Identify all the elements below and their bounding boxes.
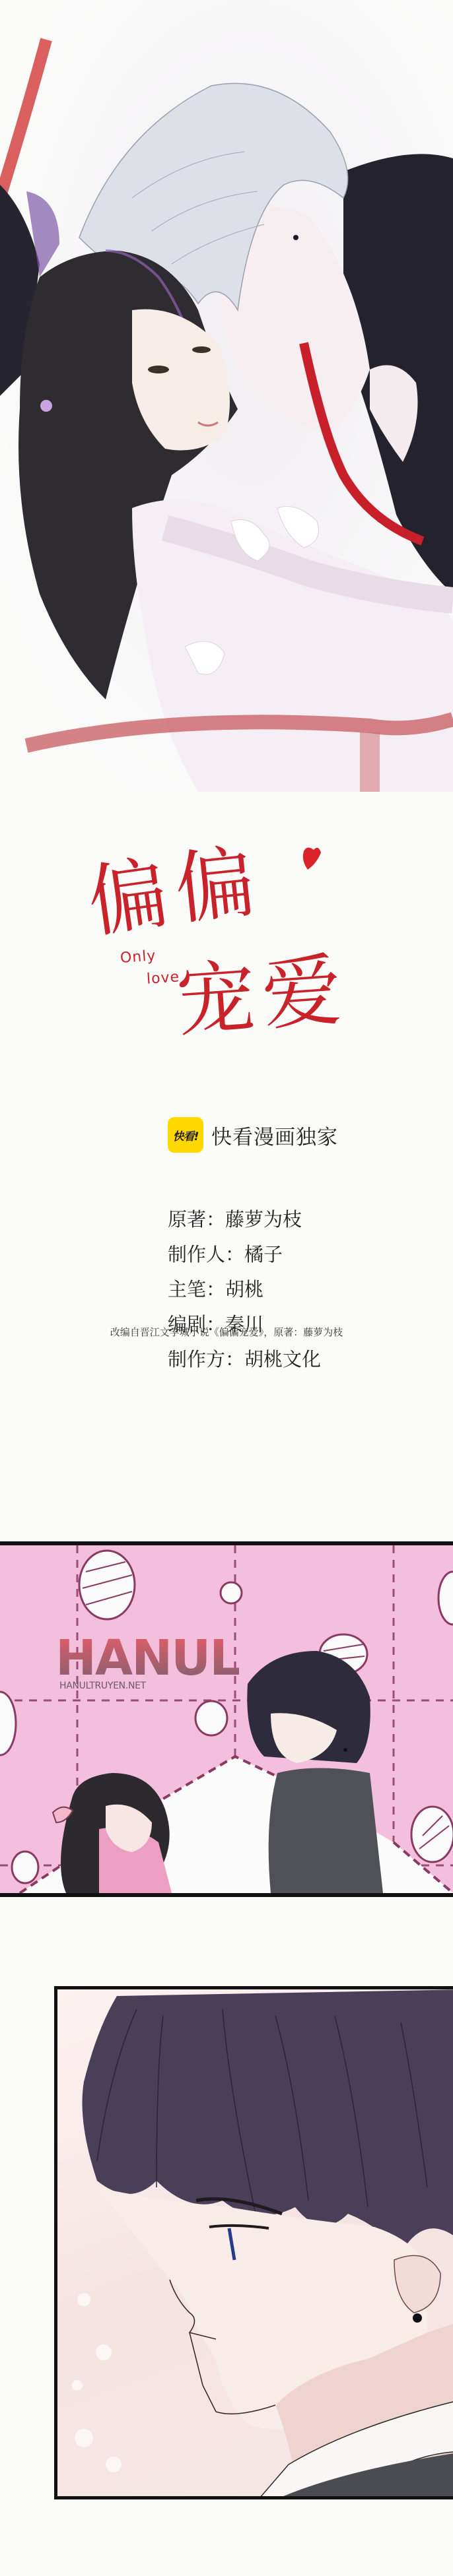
- title-char-3: 宠: [173, 951, 258, 1048]
- title-calligraphy: 偏 偏 宠 爱: [86, 831, 376, 1049]
- credits-list: 原著：藤萝为枝 制作人：橘子 主笔：胡桃 编剧：秦川 制作方：胡桃文化: [168, 1202, 321, 1377]
- publisher-header: 快看! 快看漫画独家: [168, 1115, 338, 1155]
- credit-lead-artist: 主笔：胡桃: [168, 1272, 321, 1307]
- title-logo: 偏 偏 宠 爱 Only love: [86, 831, 376, 1049]
- panel-chibi-scene: HANUL HANULTRUYEN.NET: [0, 1541, 453, 1897]
- publisher-label: 快看漫画独家: [211, 1120, 338, 1150]
- watermark-url: HANULTRUYEN.NET: [59, 1681, 146, 1691]
- tagline-only: Only: [120, 948, 157, 967]
- heart-icon: [303, 847, 321, 870]
- title-char-1: 偏: [86, 847, 174, 949]
- chibi-scene-art: [0, 1545, 453, 1893]
- watermark-logo: HANUL: [55, 1630, 239, 1687]
- tagline-love: love: [146, 969, 180, 987]
- kuaikan-badge-text: 快看!: [173, 1127, 199, 1143]
- adaptation-note: 改编自晋江文学城小说《偏偏宠爱》，原著：藤萝为枝: [0, 1325, 453, 1339]
- cover-illustration: [0, 0, 453, 792]
- credit-producer: 制作人：橘子: [168, 1237, 321, 1272]
- title-char-4: 爱: [259, 945, 344, 1042]
- title-char-2: 偏: [171, 837, 260, 936]
- closeup-profile-art: [57, 1989, 453, 2499]
- credit-original-author: 原著：藤萝为枝: [168, 1202, 321, 1237]
- kuaikan-logo-icon: 快看!: [168, 1117, 203, 1153]
- cover-art: [0, 0, 453, 792]
- credit-studio: 制作方：胡桃文化: [168, 1342, 321, 1377]
- panel-closeup-profile: [54, 1986, 453, 2499]
